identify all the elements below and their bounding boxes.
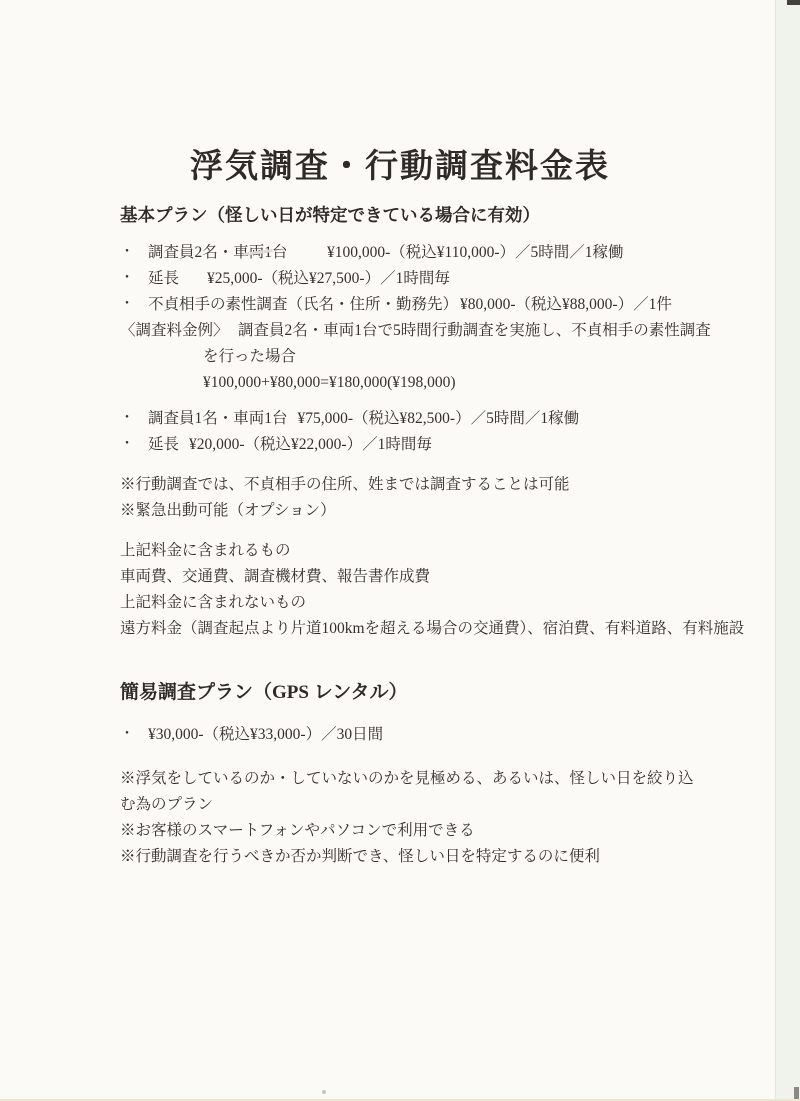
price-row-value: ¥25,000-（税込¥27,500-）／1時間毎 [207,266,450,292]
price-row-investigator1: ・ 調査員1名・車両1台 ¥75,000-（税込¥82,500-）／5時間／1稼… [120,406,760,432]
fee-example-text: 調査員2名・車両1台で5時間行動調査を実施し、不貞相手の素性調査 [238,318,711,344]
price-row-value: ¥30,000-（税込¥33,000-）／30日間 [148,722,383,748]
price-row-label: 延長 [148,266,207,292]
price-row-label: 不貞相手の素性調査（氏名・住所・勤務先） [148,292,460,318]
excluded-items: 遠方料金（調査起点より片道100kmを超える場合の交通費）、宿泊費、有料道路、有… [120,616,760,642]
gps-plan-heading: 簡易調査プラン（GPS レンタル） [120,678,760,708]
fee-example-block: 〈調査料金例〉 調査員2名・車両1台で5時間行動調査を実施し、不貞相手の素性調査… [120,318,760,396]
basic-plan-price-list-single: ・ 調査員1名・車両1台 ¥75,000-（税込¥82,500-）／5時間／1稼… [120,406,760,458]
scan-edge-mark-artifact [794,1087,799,1099]
fee-example-label: 〈調査料金例〉 [120,318,238,344]
included-heading: 上記料金に含まれるもの [120,538,760,564]
price-row-investigators2: ・ 調査員2名・車両1台 ¥100,000-（税込¥110,000-）／5時間／… [120,240,760,266]
bullet-icon: ・ [120,292,148,318]
scan-speck-artifact [322,1090,326,1094]
fee-example-line2: を行った場合 [120,344,760,370]
price-row-background-check: ・ 不貞相手の素性調査（氏名・住所・勤務先） ¥80,000-（税込¥88,00… [120,292,760,318]
price-row-label: 延長 [148,432,179,458]
scanned-document-page: 浮気調査・行動調査料金表 基本プラン（怪しい日が特定できている場合に有効） ・ … [0,0,800,1101]
price-row-value: ¥80,000-（税込¥88,000-）／1件 [460,292,672,318]
fee-example-line1: 〈調査料金例〉 調査員2名・車両1台で5時間行動調査を実施し、不貞相手の素性調査 [120,318,760,344]
fee-example-total: ¥100,000+¥80,000=¥180,000(¥198,000) [120,370,760,396]
note-line: ※行動調査を行うべきか否か判断でき、怪しい日を特定するのに便利 [120,844,760,870]
note-line: ※行動調査では、不貞相手の住所、姓までは調査することは可能 [120,472,760,498]
gps-plan-price-list: ・ ¥30,000-（税込¥33,000-）／30日間 [120,722,760,748]
price-row-label: 調査員2名・車両1台 [148,240,327,266]
basic-plan-price-list: ・ 調査員2名・車両1台 ¥100,000-（税込¥110,000-）／5時間／… [120,240,760,318]
scan-corner-artifact [787,0,800,5]
excluded-heading: 上記料金に含まれないもの [120,590,760,616]
bullet-icon: ・ [120,432,148,458]
price-row-extension2: ・ 延長 ¥25,000-（税込¥27,500-）／1時間毎 [120,266,760,292]
gps-plan-notes: ※浮気をしているのか・していないのかを見極める、あるいは、怪しい日を絞り込む為の… [120,766,760,870]
scanner-edge-strip [775,0,800,1101]
basic-plan-heading: 基本プラン（怪しい日が特定できている場合に有効） [120,202,760,228]
included-items: 車両費、交通費、調査機材費、報告書作成費 [120,564,760,590]
basic-plan-notes: ※行動調査では、不貞相手の住所、姓までは調査することは可能 ※緊急出動可能（オプ… [120,472,760,524]
price-row-label: 調査員1名・車両1台 [148,406,288,432]
note-line: ※浮気をしているのか・していないのかを見極める、あるいは、怪しい日を絞り込む為の… [120,766,702,818]
bullet-icon: ・ [120,240,148,266]
note-line: ※お客様のスマートフォンやパソコンで利用できる [120,818,760,844]
document-title: 浮気調査・行動調査料金表 [0,146,800,188]
note-line: ※緊急出動可能（オプション） [120,498,760,524]
document-body: 基本プラン（怪しい日が特定できている場合に有効） ・ 調査員2名・車両1台 ¥1… [0,202,800,870]
bullet-icon: ・ [120,266,148,292]
price-row-value: ¥100,000-（税込¥110,000-）／5時間／1稼働 [327,240,624,266]
fee-inclusion-block: 上記料金に含まれるもの 車両費、交通費、調査機材費、報告書作成費 上記料金に含ま… [120,538,760,642]
price-row-gps-rental: ・ ¥30,000-（税込¥33,000-）／30日間 [120,722,760,748]
bullet-icon: ・ [120,406,148,432]
bullet-icon: ・ [120,722,148,748]
price-row-extension1: ・ 延長 ¥20,000-（税込¥22,000-）／1時間毎 [120,432,760,458]
price-row-value: ¥75,000-（税込¥82,500-）／5時間／1稼働 [298,406,580,432]
price-row-value: ¥20,000-（税込¥22,000-）／1時間毎 [189,432,432,458]
